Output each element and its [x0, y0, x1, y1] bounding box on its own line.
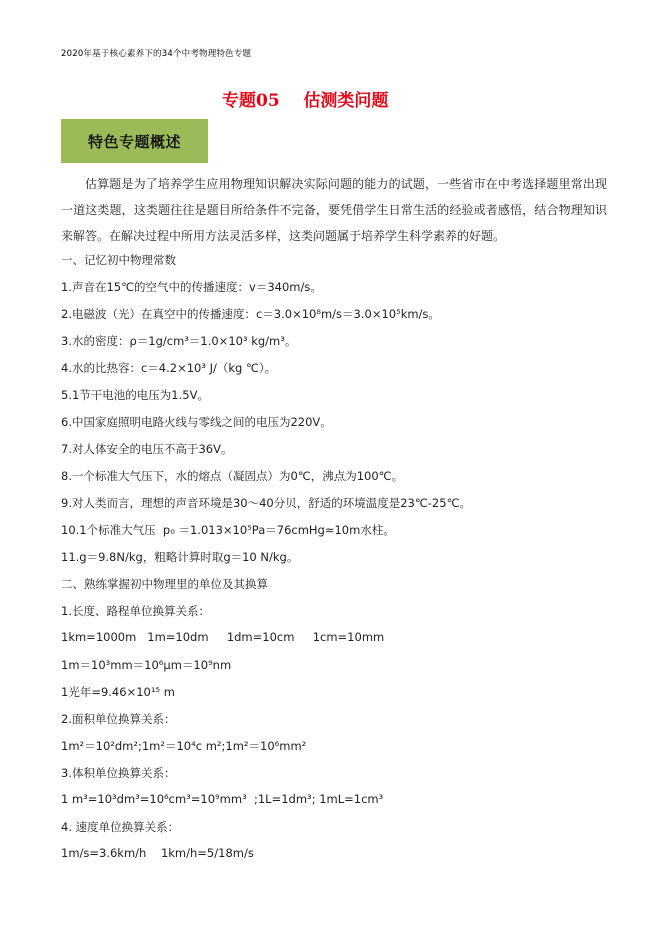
content-line: 1m＝10³mm＝10⁶μm＝10⁹nm	[61, 657, 231, 673]
content-line: 二、熟练掌握初中物理里的单位及其换算	[61, 576, 268, 592]
page-title: 专题05 估测类问题	[222, 86, 388, 111]
content-line: 1 m³=10³dm³=10⁶cm³=10⁹mm³ ;1L=1dm³; 1mL=…	[61, 792, 383, 806]
content-line: 3.体积单位换算关系：	[61, 765, 175, 781]
content-line: 10.1个标准大气压 p₀ ＝1.013×10⁵Pa＝76cmHg≈10m水柱。	[61, 522, 395, 538]
section-label: 特色专题概述	[88, 131, 181, 152]
content-line: 7.对人体安全的电压不高于36V。	[61, 441, 232, 457]
content-line: 9.对人类而言，理想的声音环境是30～40分贝，舒适的环境温度是23℃-25℃。	[61, 495, 471, 511]
content-line: 1m²＝10²dm²;1m²＝10⁴c m²;1m²＝10⁶mm²	[61, 738, 306, 754]
content-line: 2.电磁波（光）在真空中的传播速度：c＝3.0×10⁸m/s＝3.0×10⁵km…	[61, 306, 440, 322]
content-line: 1光年=9.46×10¹⁵ m	[61, 684, 175, 700]
content-line: 5.1节干电池的电压为1.5V。	[61, 387, 209, 403]
content-line: 4. 速度单位换算关系：	[61, 819, 179, 835]
content-line: 11.g＝9.8N/kg，粗略计算时取g＝10 N/kg。	[61, 549, 298, 565]
intro-paragraph: 估算题是为了培养学生应用物理知识解决实际问题的能力的试题，一些省市在中考选择题里…	[61, 171, 607, 249]
content-line: 6.中国家庭照明电路火线与零线之间的电压为220V。	[61, 414, 332, 430]
content-line: 一、记忆初中物理常数	[61, 252, 176, 268]
content-line: 1m/s=3.6km/h 1km/h=5/18m/s	[61, 846, 254, 860]
content-line: 3.水的密度：ρ＝1g/cm³＝1.0×10³ kg/m³。	[61, 333, 296, 349]
content-line: 8.一个标准大气压下，水的熔点（凝固点）为0℃，沸点为100℃。	[61, 468, 403, 484]
content-line: 4.水的比热容：c＝4.2×10³ J/（kg ℃）。	[61, 360, 276, 376]
content-line: 1.长度、路程单位换算关系：	[61, 603, 210, 619]
section-label-box: 特色专题概述	[61, 119, 208, 163]
content-line: 1km=1000m 1m=10dm 1dm=10cm 1cm=10mm	[61, 630, 384, 644]
running-header: 2020年基于核心素养下的34个中考物理特色专题	[61, 47, 251, 59]
content-line: 1.声音在15℃的空气中的传播速度：v＝340m/s。	[61, 279, 322, 295]
content-line: 2.面积单位换算关系：	[61, 711, 175, 727]
